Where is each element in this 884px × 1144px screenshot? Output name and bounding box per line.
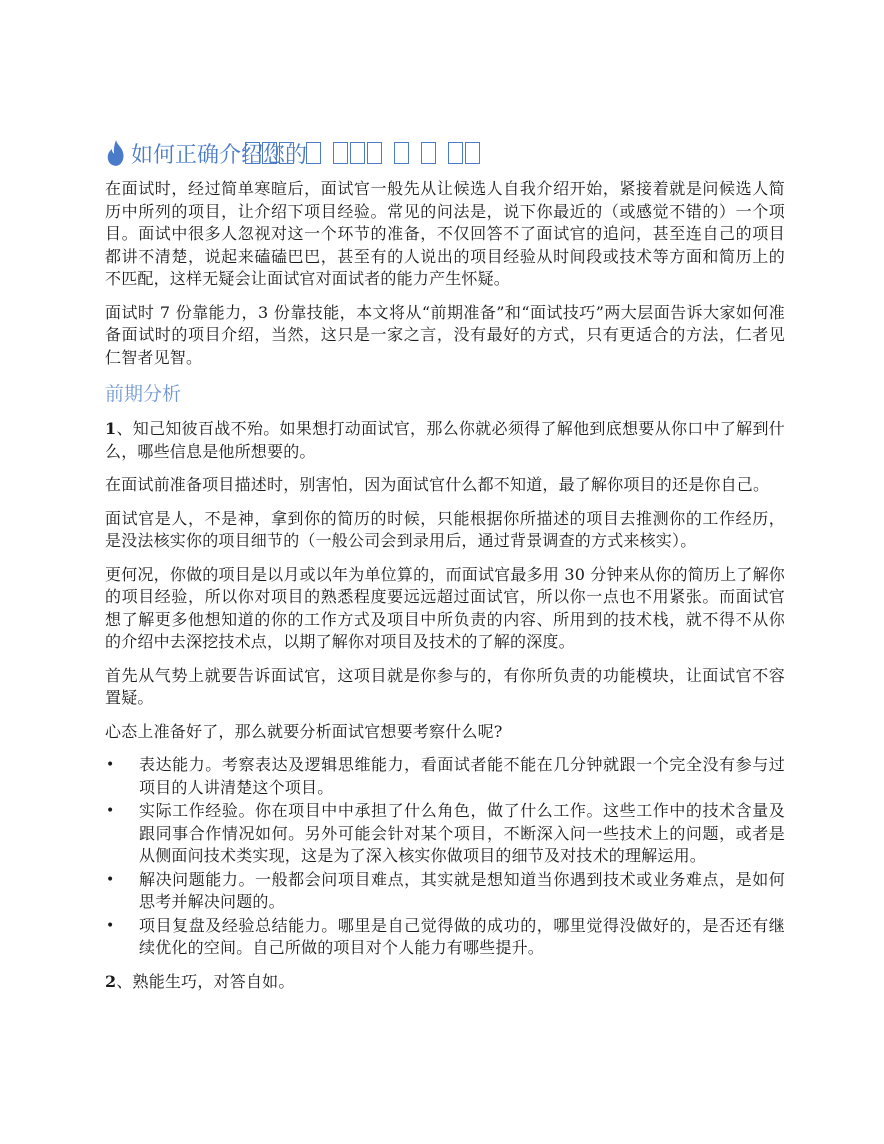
flame-icon (105, 139, 127, 167)
bullet-icon: • (106, 869, 114, 892)
list-item: • 实际工作经验。你在项目中中承担了什么角色，做了什么工作。这些工作中的技术含量… (105, 800, 785, 868)
missing-glyph-box (306, 142, 321, 164)
body-paragraph: 首先从气势上就要告诉面试官，这项目就是你参与的，有你所负责的功能模块，让面试官不… (105, 665, 785, 710)
point-2: 2、熟能生巧，对答自如。 (105, 971, 785, 994)
body-paragraph: 心态上准备好了，那么就要分析面试官想要考察什么呢? (105, 721, 785, 744)
list-item: • 表达能力。考察表达及逻辑思维能力，看面试者能不能在几分钟就跟一个完全没有参与… (105, 754, 785, 799)
body-paragraph: 更何况，你做的项目是以月或以年为单位算的，而面试官最多用 30 分钟来从你的简历… (105, 564, 785, 654)
missing-glyph-box (421, 142, 436, 164)
document-page: 如何正确介绍您的 在面试时，经过简单寒暄后，面试官一般先从让候选人自我介绍开始，… (105, 134, 785, 1004)
missing-glyph-box (448, 142, 463, 164)
list-item: • 项目复盘及经验总结能力。哪里是自己觉得做的成功的，哪里觉得没做好的，是否还有… (105, 915, 785, 960)
point-number: 1 (105, 419, 116, 438)
bullet-icon: • (106, 800, 114, 823)
title-missing-glyphs (245, 142, 482, 164)
missing-glyph-box (394, 142, 409, 164)
document-title: 如何正确介绍您的 (105, 134, 785, 172)
missing-glyph-box (367, 142, 382, 164)
point-number: 2 (105, 972, 116, 991)
evaluation-list: • 表达能力。考察表达及逻辑思维能力，看面试者能不能在几分钟就跟一个完全没有参与… (105, 754, 785, 960)
list-item-text: 项目复盘及经验总结能力。哪里是自己觉得做的成功的，哪里觉得没做好的，是否还有继续… (139, 916, 785, 958)
point-text: 、熟能生巧，对答自如。 (116, 972, 294, 991)
missing-glyph-box (333, 142, 348, 164)
missing-glyph-box (350, 142, 365, 164)
list-item-text: 解决问题能力。一般都会问项目难点，其实就是想知道当你遇到技术或业务难点，是如何思… (139, 870, 785, 912)
point-text: 、知己知彼百战不殆。如果想打动面试官，那么你就必须得了解他到底想要从你口中了解到… (105, 419, 785, 461)
list-item: • 解决问题能力。一般都会问项目难点，其实就是想知道当你遇到技术或业务难点，是如… (105, 869, 785, 914)
point-1: 1、知己知彼百战不殆。如果想打动面试官，那么你就必须得了解他到底想要从你口中了解… (105, 418, 785, 463)
intro-paragraph: 面试时 7 份靠能力，3 份靠技能，本文将从“前期准备”和“面试技巧”两大层面告… (105, 302, 785, 370)
body-paragraph: 在面试前准备项目描述时，别害怕，因为面试官什么都不知道，最了解你项目的还是你自己… (105, 474, 785, 497)
missing-glyph-box (262, 142, 277, 164)
body-paragraph: 面试官是人，不是神，拿到你的简历的时候，只能根据你所描述的项目去推测你的工作经历… (105, 508, 785, 553)
intro-paragraph: 在面试时，经过简单寒暄后，面试官一般先从让候选人自我介绍开始，紧接着就是问候选人… (105, 178, 785, 291)
missing-glyph-box (465, 142, 480, 164)
list-item-text: 实际工作经验。你在项目中中承担了什么角色，做了什么工作。这些工作中的技术含量及跟… (139, 801, 785, 865)
list-item-text: 表达能力。考察表达及逻辑思维能力，看面试者能不能在几分钟就跟一个完全没有参与过项… (139, 755, 785, 797)
bullet-icon: • (106, 915, 114, 938)
missing-glyph-box (245, 142, 260, 164)
missing-glyph-box (279, 142, 294, 164)
section-heading: 前期分析 (105, 380, 785, 408)
bullet-icon: • (106, 754, 114, 777)
